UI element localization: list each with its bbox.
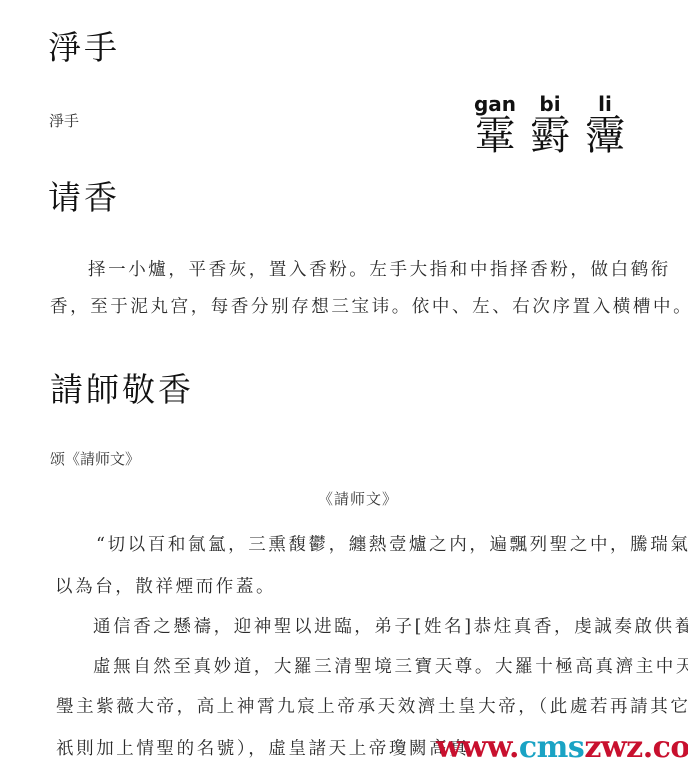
watermark-com: .com [643, 730, 688, 765]
hanzi-bi: 䨴 [525, 114, 575, 158]
centered-title: 《請师文》 [318, 488, 398, 509]
hanzi-row: 䨣 䨴 䨵 [470, 114, 630, 158]
watermark-www: www. [436, 730, 519, 765]
pinyin-annotation: gan bi li 䨣 䨴 䨵 [470, 92, 630, 158]
body-line: 通信香之懸禱，迎神聖以进臨，弟子[姓名]恭炷真香，虔誠奏啟供養。 [93, 613, 688, 638]
watermark-logo: www.cmszwz.com [436, 731, 688, 765]
watermark-cms: cms [519, 730, 584, 765]
heading-qingshi-jingxiang: 請師敬香 [50, 364, 194, 411]
body-line: 祇則加上情聖的名號），虛皇諸天上帝瓊闕高真 [56, 735, 469, 760]
heading-qingxiang: 请香 [48, 172, 120, 219]
intro-text: 颂《請师文》 [50, 448, 140, 469]
body-line: 璺主紫薇大帝，高上神霄九宸上帝承天效濟土皇大帝，（此處若再請其它神 [56, 693, 688, 718]
hanzi-gan: 䨣 [470, 114, 520, 158]
hanzi-li: 䨵 [580, 114, 630, 158]
body-line: 以為台，散祥煙而作蓋。 [55, 573, 276, 598]
body-line: 虛無自然至真妙道，大羅三清聖境三寶天尊。大羅十極高真濟主中天 [93, 653, 688, 678]
watermark-zwz: zwz [584, 730, 642, 765]
paragraph-line: 香，至于泥丸宫，每香分别存想三宝讳。依中、左、右次序置入横槽中。 [50, 293, 688, 318]
heading-jingshou: 淨手 [48, 22, 120, 69]
paragraph-line: 择一小爐，平香灰，置入香粉。左手大指和中指择香粉，做白鹤衔 [88, 256, 671, 281]
body-line: “切以百和氤氳，三熏馥鬱，纏熱壹爐之内，遍飄列聖之中，騰瑞氣 [96, 531, 688, 556]
subtext-jingshou: 淨手 [49, 110, 79, 131]
